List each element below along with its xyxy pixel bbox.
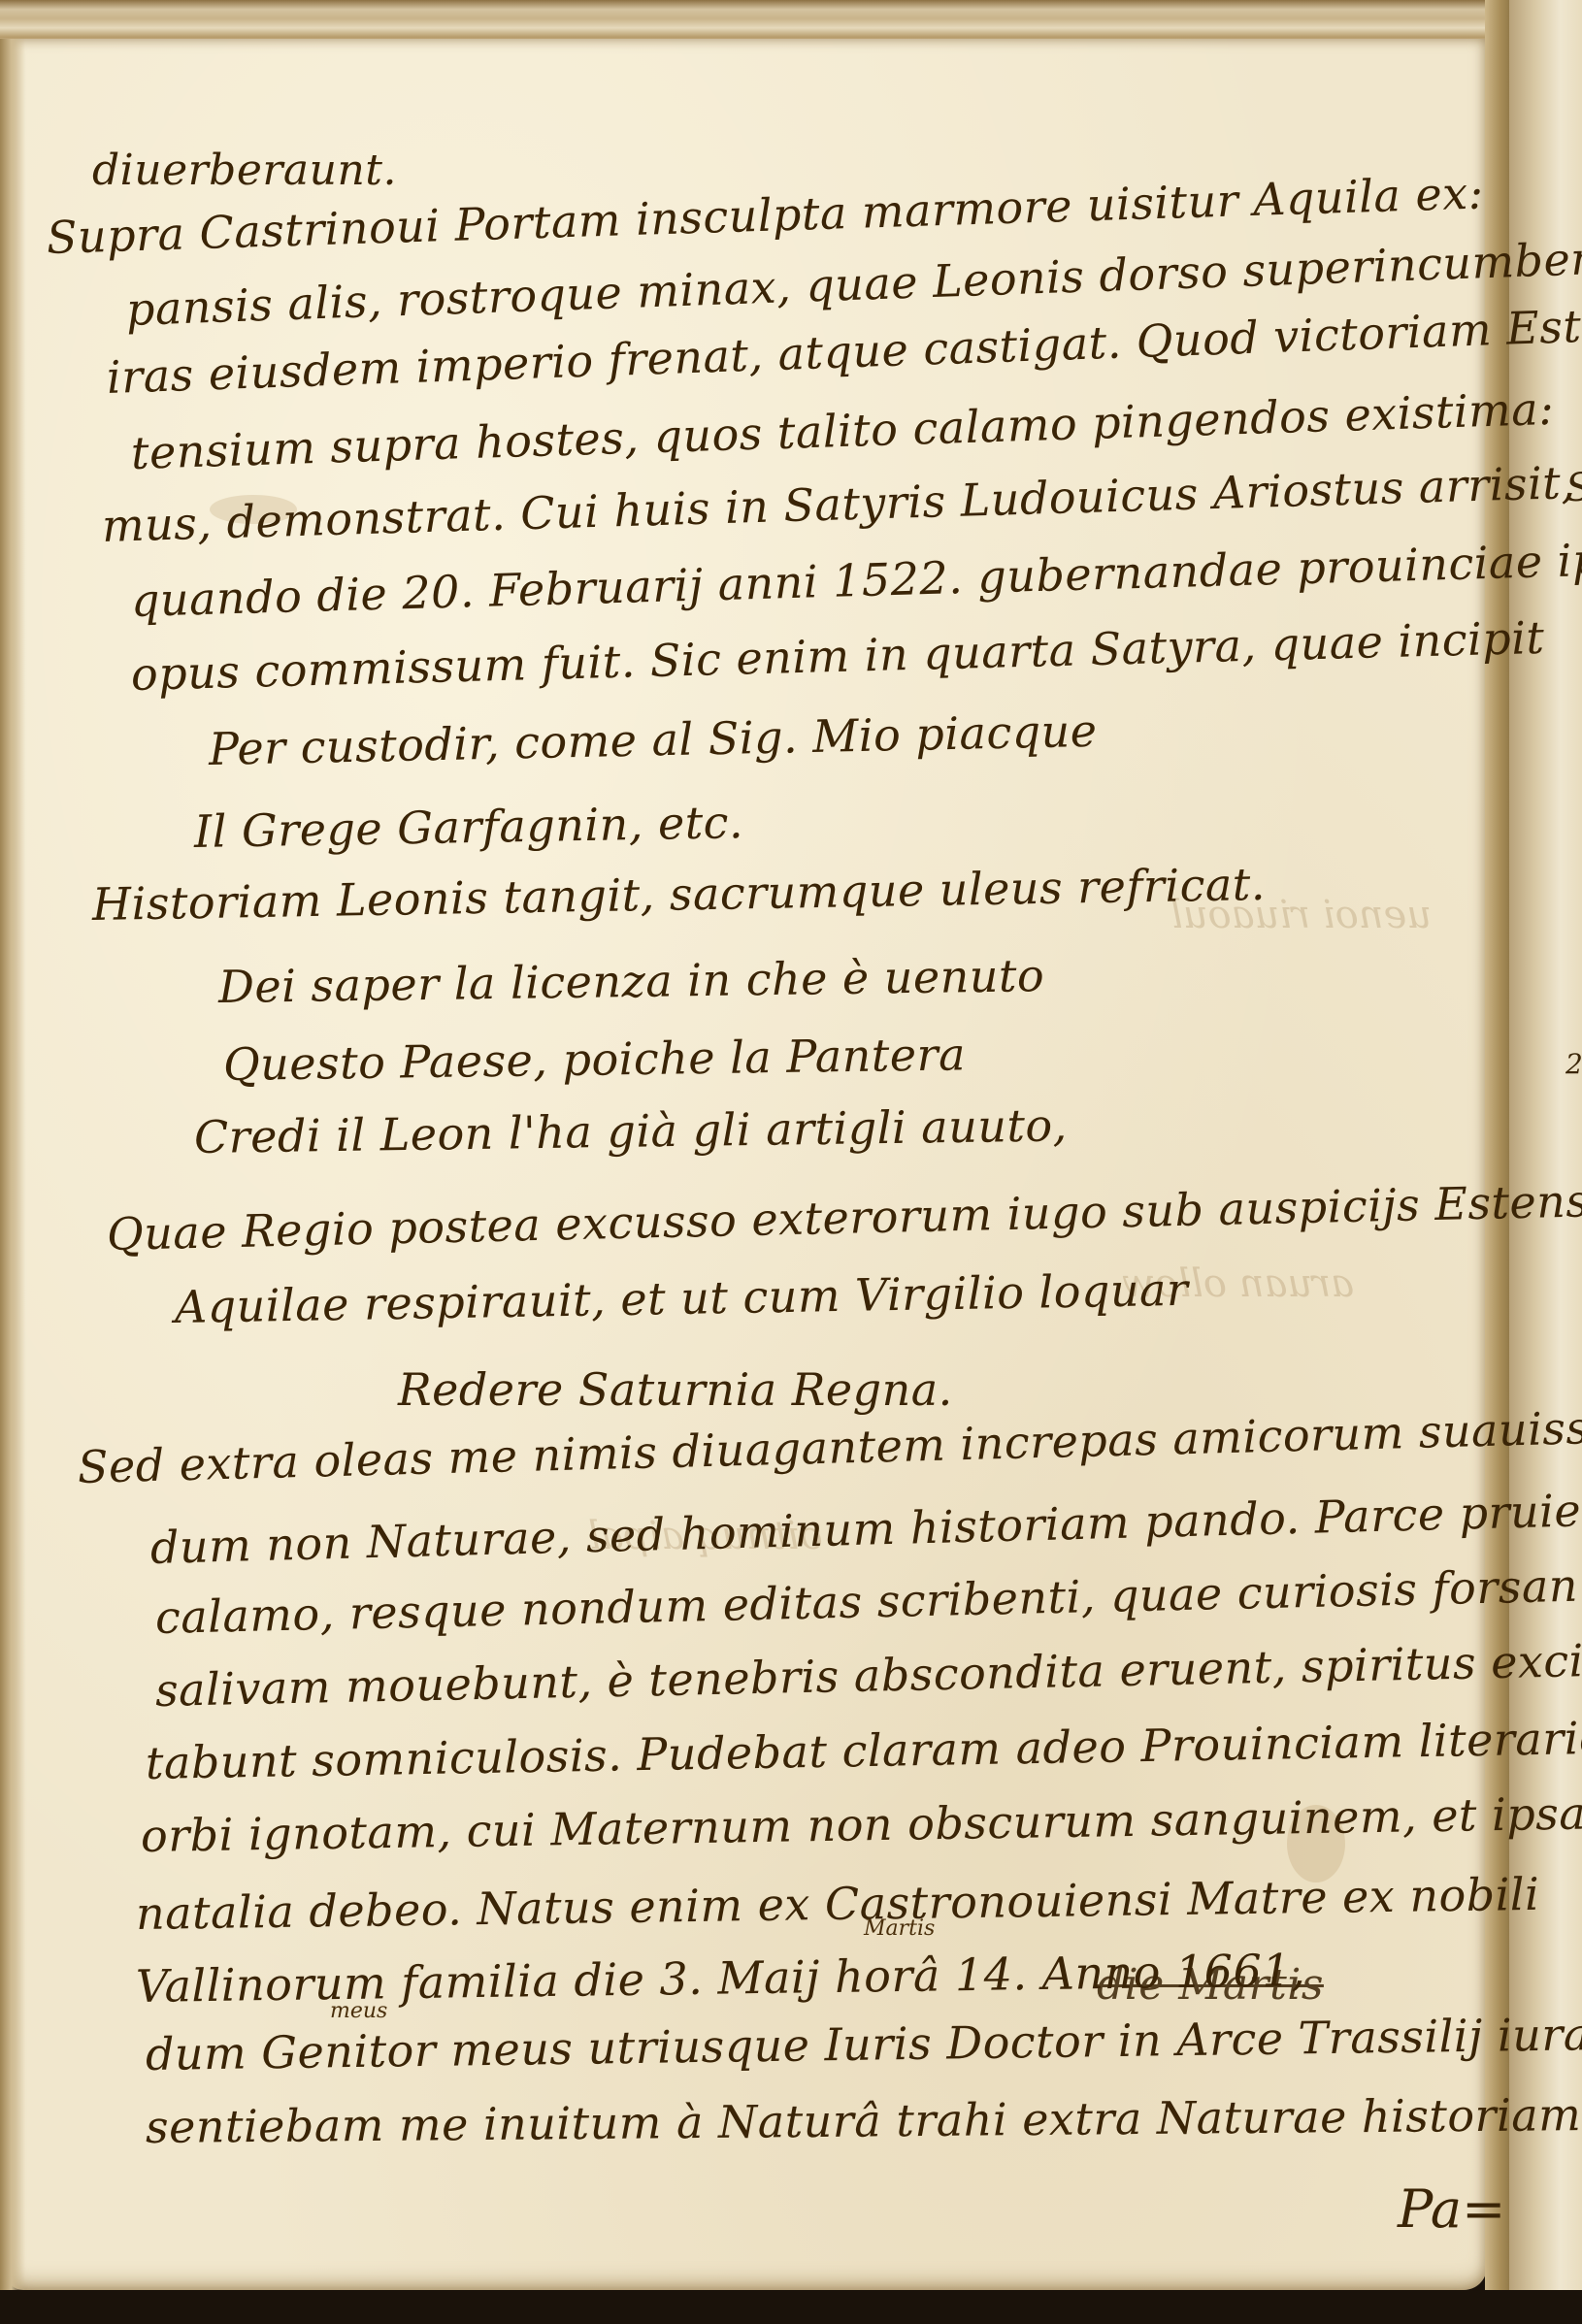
- text-line-quote: Redere Saturnia Regna.: [398, 1363, 953, 1416]
- struck-through-text: die Martis: [1097, 1960, 1324, 2010]
- catchword: Pa=: [1398, 2178, 1505, 2240]
- text-line-verse: Questo Paese, poiche la Pantera: [223, 1028, 967, 1091]
- page-left-edge: [0, 39, 25, 2290]
- interlinear-insertion: Martis: [864, 1916, 935, 1941]
- dark-background-bottom: [0, 2290, 1582, 2324]
- manuscript-scan: uenoi riuaoul aruan ollow oitnuq aipal S…: [0, 0, 1582, 2324]
- text-line-verse: Il Grege Garfagnin, etc.: [194, 796, 744, 858]
- next-page-fragment: 2: [1566, 1048, 1582, 1080]
- text-line: diuerberaunt.: [92, 146, 397, 195]
- interlinear-insertion: meus: [330, 1999, 387, 2023]
